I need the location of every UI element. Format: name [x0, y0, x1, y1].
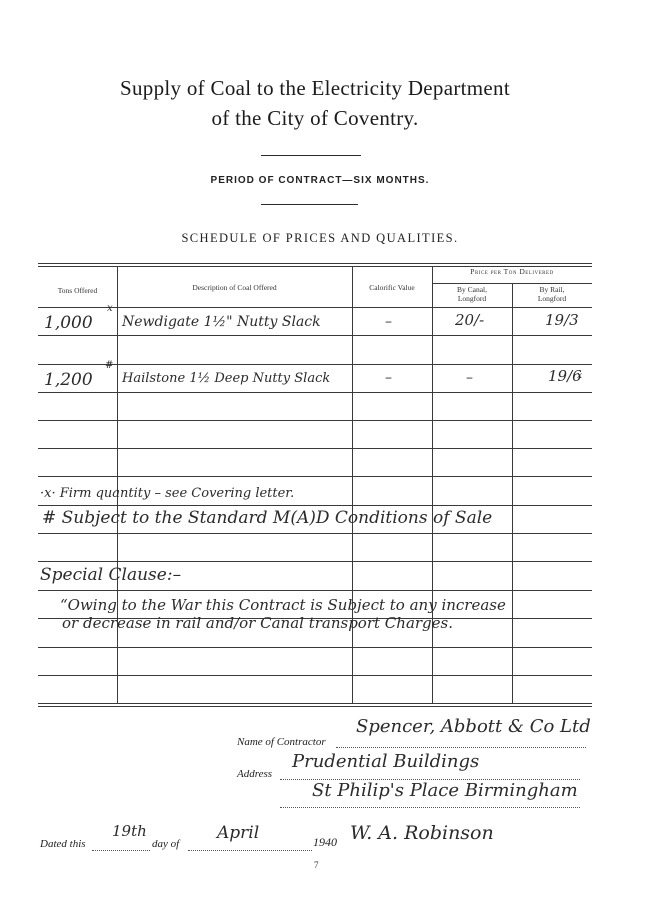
special-clause-line-2: or decrease in rail and/or Canal transpo…	[62, 614, 453, 632]
row-rule	[38, 561, 592, 562]
note-standard-conditions: # Subject to the Standard M(A)D Conditio…	[42, 508, 492, 528]
row-rule	[38, 364, 592, 365]
row1-tons: 1,000	[44, 313, 93, 333]
row2-tons-mark: #	[105, 360, 113, 371]
row-rule	[38, 675, 592, 676]
row1-rail-price: 19/3	[545, 311, 579, 329]
row1-description: Newdigate 1½" Nutty Slack	[122, 314, 321, 330]
address-line-2	[280, 806, 580, 808]
note-firm-quantity: ·x· Firm quantity – see Covering letter.	[40, 486, 294, 501]
row1-canal-price: 20/-	[455, 311, 484, 329]
row2-description: Hailstone 1½ Deep Nutty Slack	[122, 371, 330, 386]
col-header-description: Description of Coal Offered	[117, 284, 352, 293]
table-top-rule	[38, 263, 592, 264]
col-rule	[352, 266, 353, 703]
row-rule	[38, 448, 592, 449]
col-header-calorific: Calorific Value	[352, 284, 432, 293]
contractor-name-line	[336, 746, 586, 748]
col-rule	[512, 283, 513, 703]
col-header-canal-line2: Longford	[432, 295, 512, 304]
dated-month-value: April	[217, 823, 259, 843]
row2-canal-price: –	[466, 370, 473, 386]
dated-month-line	[188, 849, 312, 851]
row-rule	[38, 335, 592, 336]
row-rule	[38, 505, 592, 506]
col-header-canal: By Canal, Longford	[432, 286, 512, 303]
col-header-rail: By Rail, Longford	[512, 286, 592, 303]
col-header-price-group: Price per Ton Delivered	[432, 268, 592, 277]
row-rule	[38, 476, 592, 477]
row2-rail-mark: x	[577, 371, 582, 381]
dated-day-line	[92, 849, 150, 851]
col-header-tons: Tons Offered	[38, 287, 117, 296]
special-clause-line-1: “Owing to the War this Contract is Subje…	[60, 596, 506, 614]
signature: W. A. Robinson	[350, 822, 494, 844]
dated-year: 1940	[313, 835, 337, 850]
day-of-label: day of	[152, 838, 179, 850]
row1-tons-mark: x	[107, 303, 113, 314]
row2-calorific: –	[385, 370, 392, 386]
row-rule	[38, 392, 592, 393]
contractor-name-label: Name of Contractor	[237, 736, 326, 748]
page-number: 7	[314, 860, 319, 870]
col-rule	[432, 266, 433, 703]
special-clause-heading: Special Clause:–	[40, 565, 181, 585]
address-line-2-value: St Philip's Place Birmingham	[312, 780, 578, 801]
row-rule	[38, 590, 592, 591]
col-rule	[117, 266, 118, 703]
row2-tons: 1,200	[44, 370, 93, 390]
address-label: Address	[237, 768, 272, 780]
dated-label: Dated this	[40, 838, 86, 850]
header-bottom-rule	[38, 307, 592, 308]
row1-calorific: –	[385, 314, 392, 330]
dated-day-value: 19th	[112, 822, 147, 840]
row-rule	[38, 420, 592, 421]
address-line-1-value: Prudential Buildings	[292, 751, 479, 772]
table-bottom-rule-2	[38, 706, 592, 707]
table-bottom-rule	[38, 703, 592, 704]
contractor-name-value: Spencer, Abbott & Co Ltd	[356, 716, 591, 737]
row-rule	[38, 647, 592, 648]
row-rule	[38, 533, 592, 534]
col-header-rail-line2: Longford	[512, 295, 592, 304]
